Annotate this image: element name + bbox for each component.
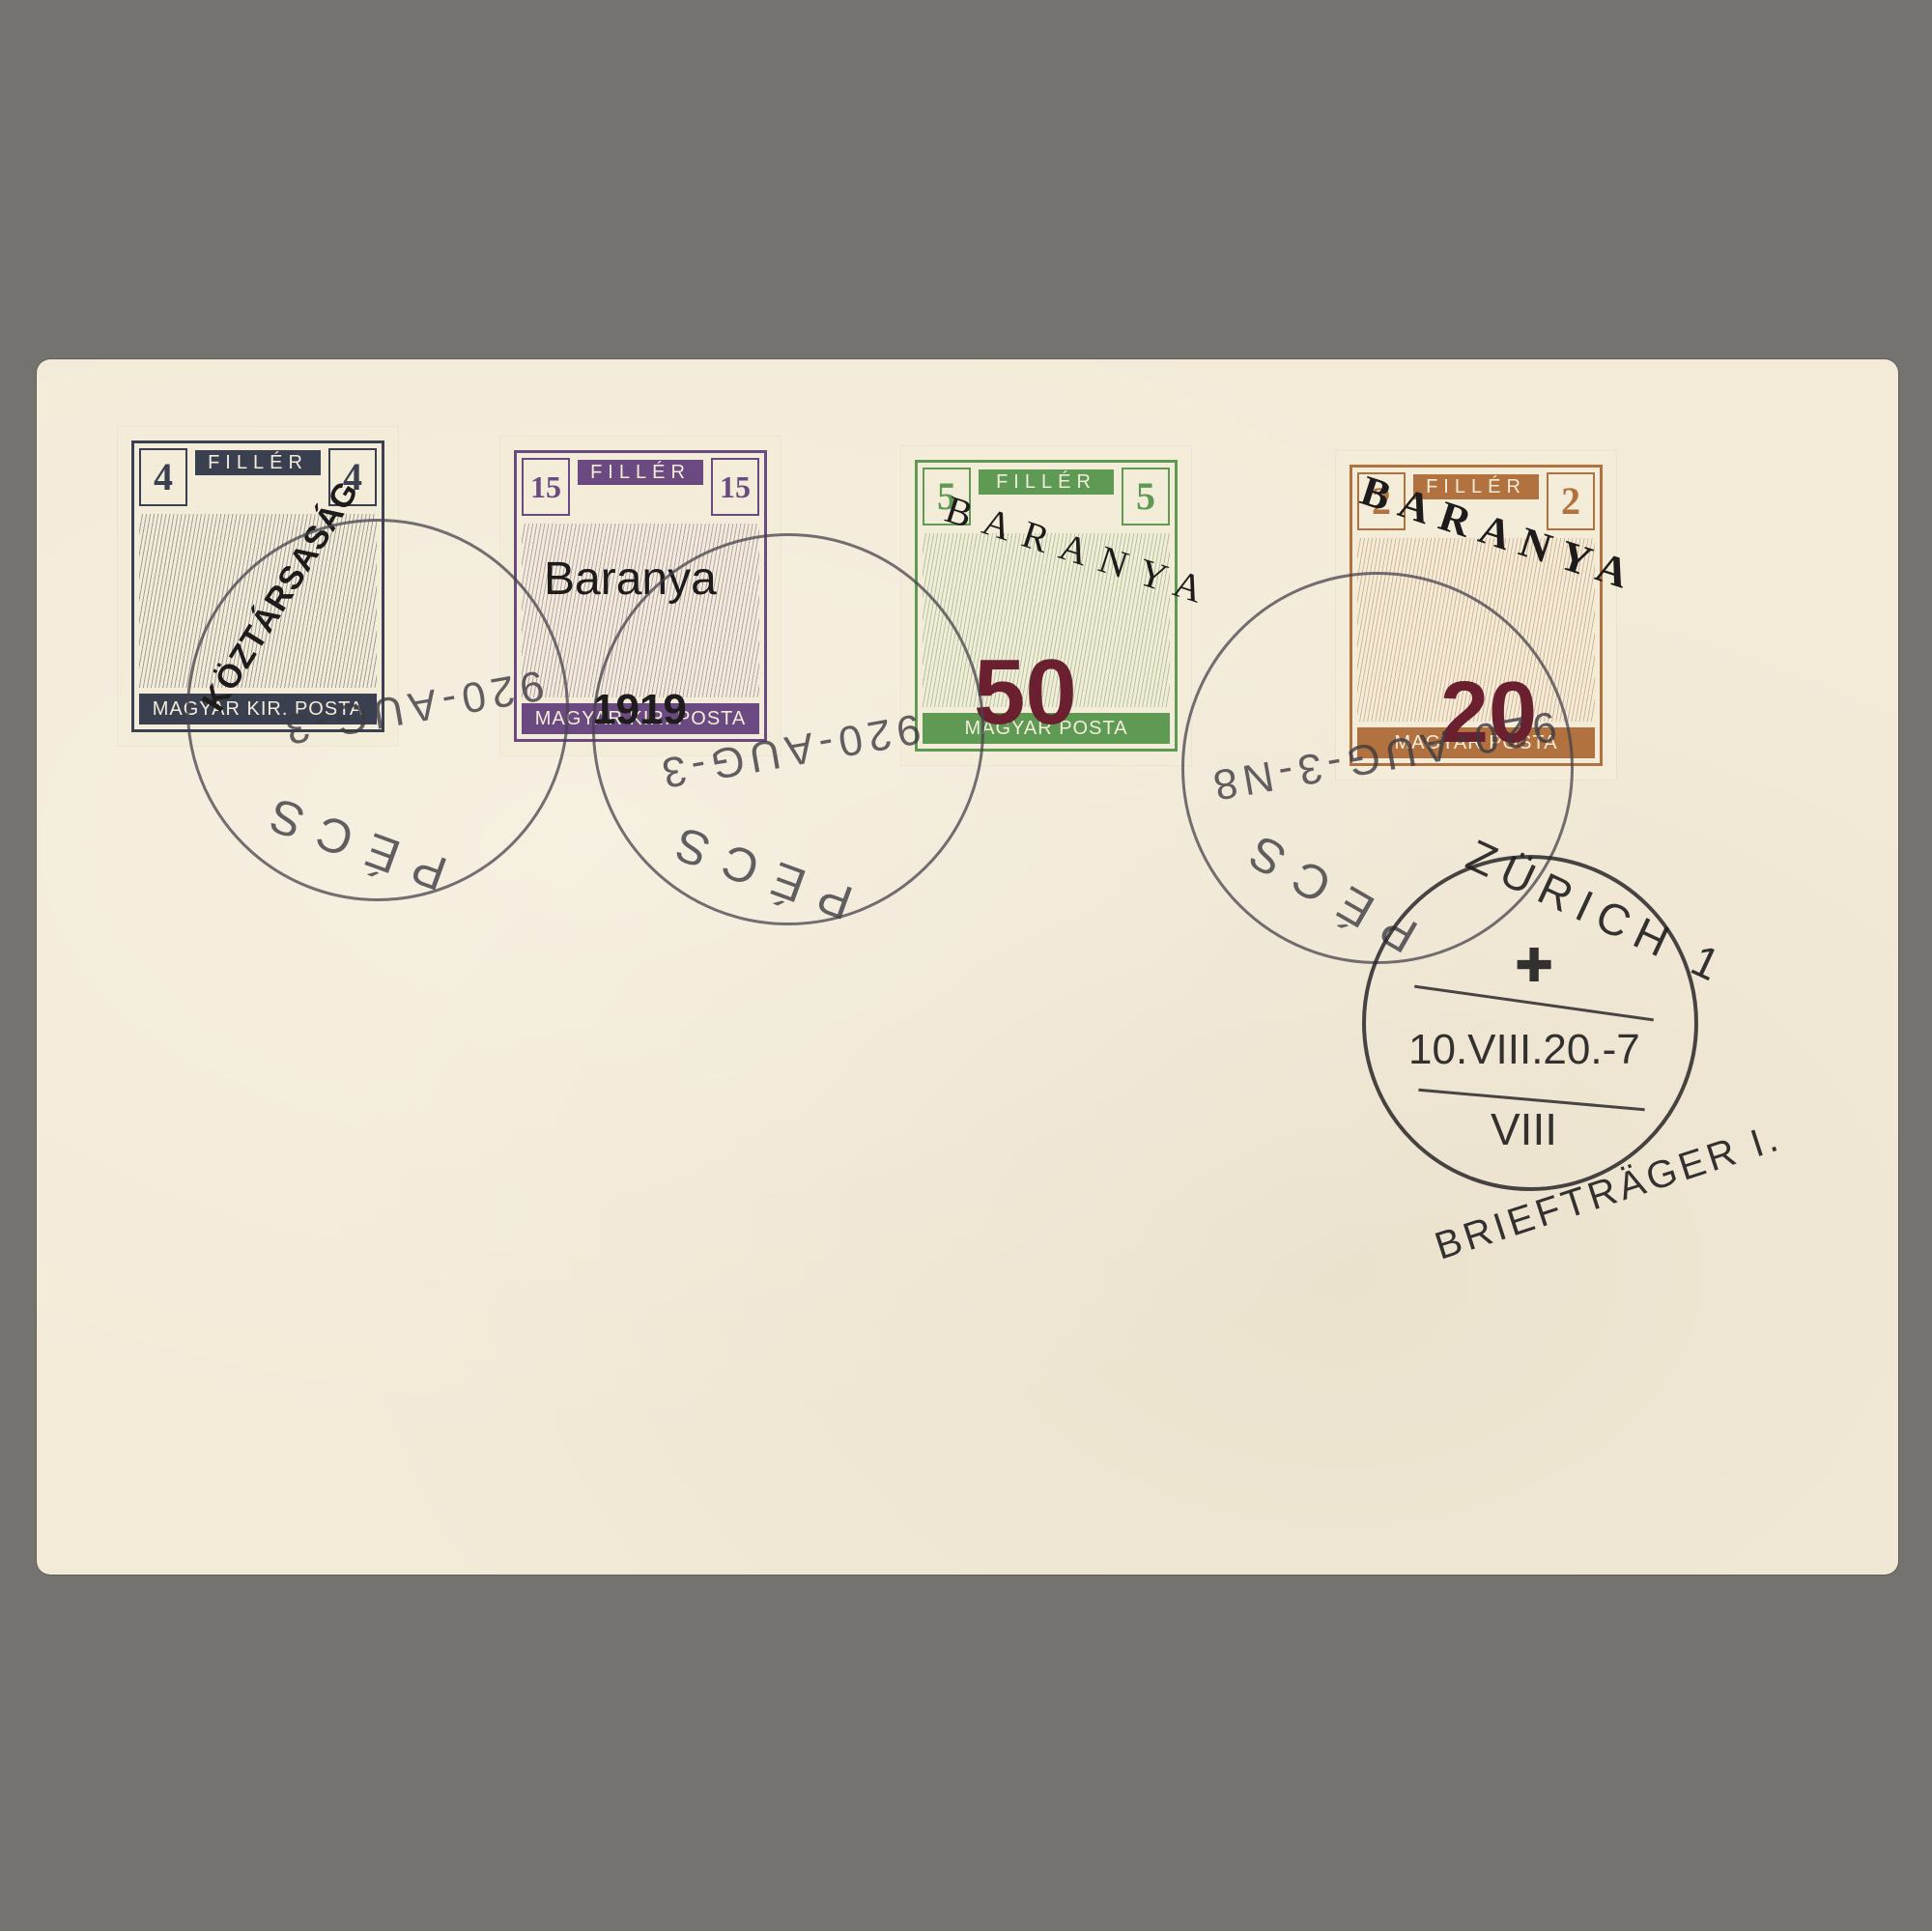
stamp-top-label: FILLÉR bbox=[578, 460, 703, 485]
postmark-zurich-subline: VIII bbox=[1491, 1103, 1557, 1155]
surcharge-50: 50 bbox=[974, 639, 1077, 746]
postcard: 4 4 FILLÉR MAGYAR KIR. POSTA KÖZTÁRSASÁG… bbox=[37, 359, 1898, 1575]
stamp-value-right: 2 bbox=[1547, 472, 1595, 530]
stamp-value-left: 4 bbox=[139, 448, 187, 506]
stamp-value-right: 5 bbox=[1122, 468, 1170, 525]
swiss-cross-icon: ✚ bbox=[1515, 939, 1553, 993]
stamp-top-label: FILLÉR bbox=[979, 469, 1114, 495]
stamp-top-label: FILLÉR bbox=[195, 450, 321, 475]
postmark-zurich-date: 10.VIII.20.-7 bbox=[1408, 1026, 1640, 1074]
stamp-value-right: 15 bbox=[711, 458, 759, 516]
stamp-value-left: 15 bbox=[522, 458, 570, 516]
